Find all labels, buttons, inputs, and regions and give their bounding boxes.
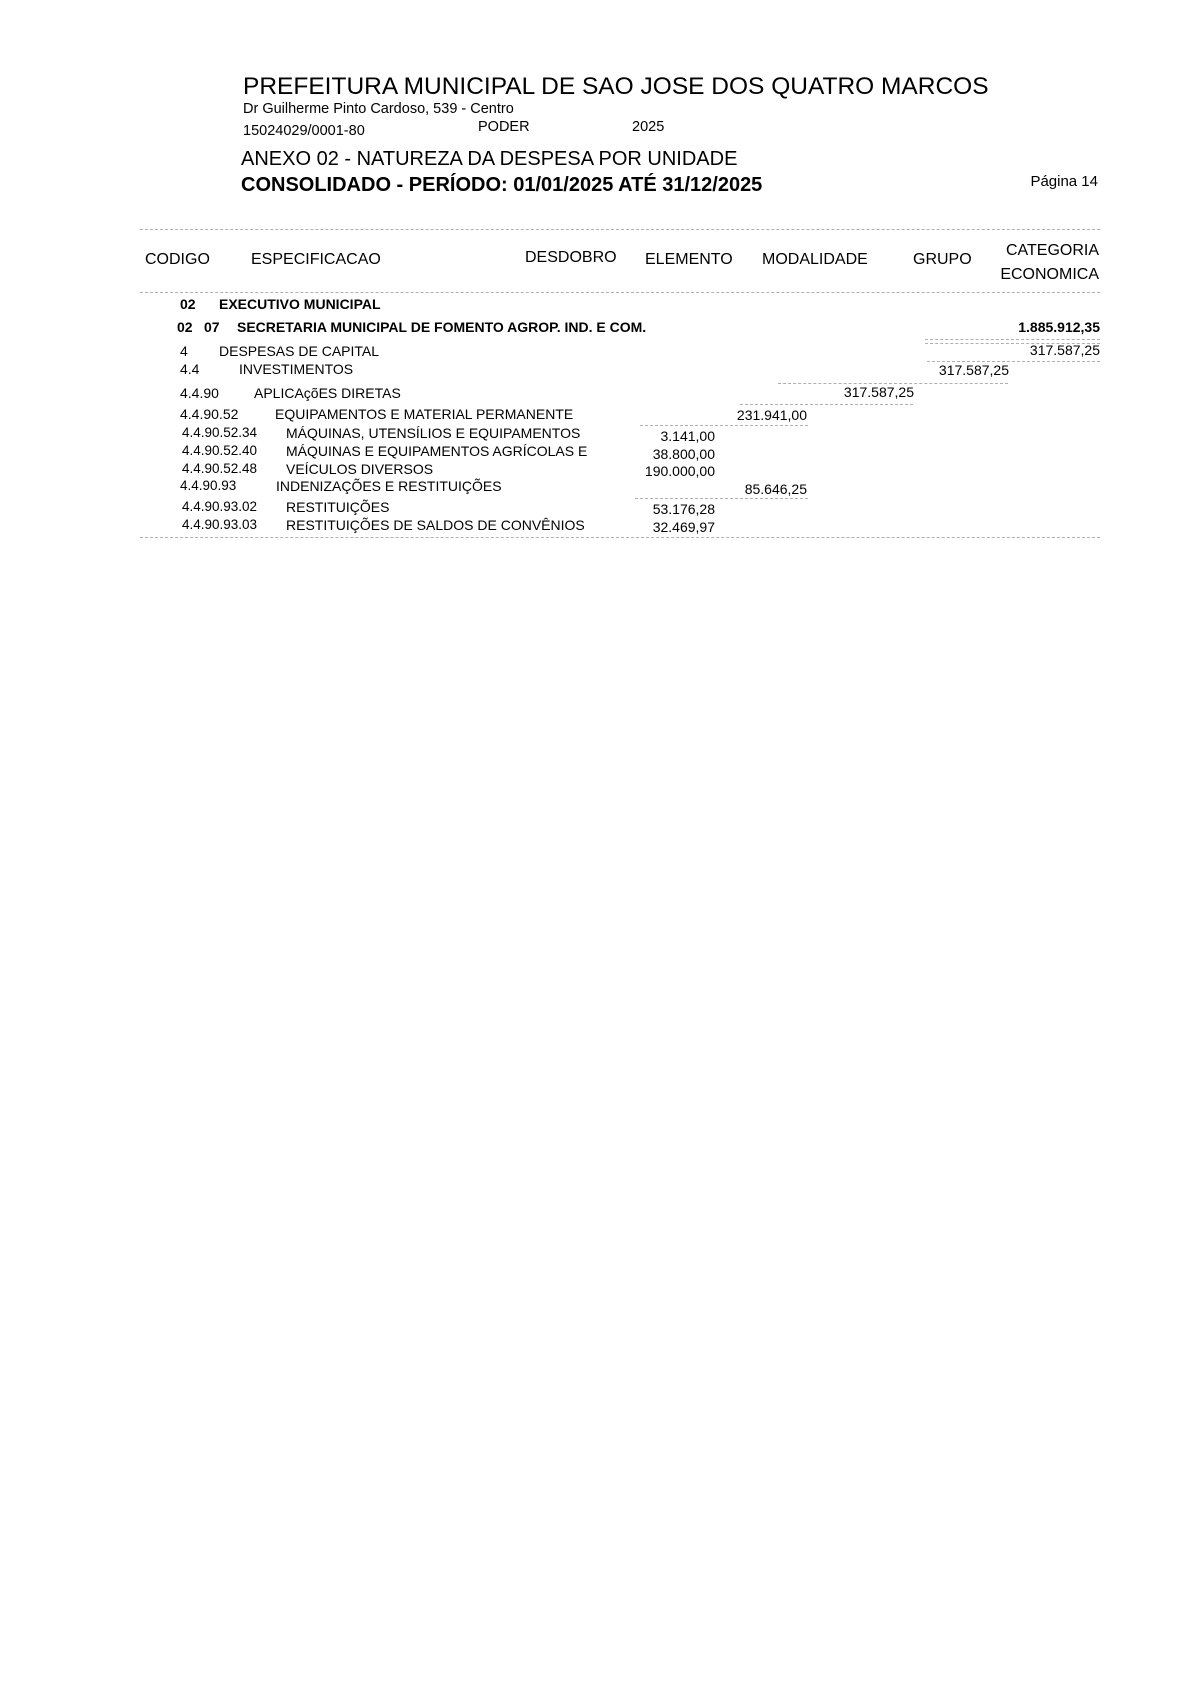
divider bbox=[140, 537, 1100, 538]
row-code: 4 bbox=[180, 343, 188, 359]
subunit-total: 1.885.912,35 bbox=[1018, 319, 1100, 335]
row-desc: INDENIZAÇÕES E RESTITUIÇÕES bbox=[276, 478, 502, 494]
row-desc: RESTITUIÇÕES DE SALDOS DE CONVÊNIOS bbox=[286, 517, 585, 533]
row-code: 4.4.90 bbox=[180, 385, 219, 401]
report-title: ANEXO 02 - NATUREZA DA DESPESA POR UNIDA… bbox=[241, 148, 737, 171]
poder-label: PODER bbox=[478, 119, 530, 135]
year-label: 2025 bbox=[632, 119, 664, 135]
col-elemento: ELEMENTO bbox=[645, 251, 733, 269]
row-desc: APLICAçõES DIRETAS bbox=[254, 385, 401, 401]
col-modalidade: MODALIDADE bbox=[762, 251, 868, 269]
row-desdobro-value: 53.176,28 bbox=[653, 501, 715, 517]
col-grupo: GRUPO bbox=[913, 251, 972, 269]
divider bbox=[640, 425, 808, 426]
entity-title: PREFEITURA MUNICIPAL DE SAO JOSE DOS QUA… bbox=[243, 73, 989, 101]
row-desdobro-value: 38.800,00 bbox=[653, 446, 715, 462]
row-code: 4.4.90.52.34 bbox=[182, 425, 257, 440]
divider bbox=[140, 229, 1100, 230]
row-desdobro-value: 190.000,00 bbox=[645, 463, 715, 479]
row-elemento-value: 231.941,00 bbox=[737, 407, 807, 423]
page-number: Página 14 bbox=[1030, 173, 1098, 190]
row-code: 4.4.90.93.02 bbox=[182, 499, 257, 514]
entity-address: Dr Guilherme Pinto Cardoso, 539 - Centro bbox=[243, 101, 514, 117]
col-categoria-line1: CATEGORIA bbox=[1006, 242, 1099, 260]
row-desc: VEÍCULOS DIVERSOS bbox=[286, 461, 433, 477]
row-code: 4.4.90.93.03 bbox=[182, 517, 257, 532]
row-desdobro-value: 32.469,97 bbox=[653, 519, 715, 535]
row-desc: MÁQUINAS E EQUIPAMENTOS AGRÍCOLAS E bbox=[286, 443, 587, 459]
row-desc: RESTITUIÇÕES bbox=[286, 499, 389, 515]
unit-name: EXECUTIVO MUNICIPAL bbox=[219, 296, 381, 312]
row-desc: INVESTIMENTOS bbox=[239, 361, 353, 377]
divider bbox=[740, 404, 913, 405]
row-code: 4.4.90.52 bbox=[180, 406, 238, 422]
col-codigo: CODIGO bbox=[145, 251, 210, 269]
row-code: 4.4.90.52.40 bbox=[182, 443, 257, 458]
report-period: CONSOLIDADO - PERÍODO: 01/01/2025 ATÉ 31… bbox=[241, 174, 762, 197]
row-code: 4.4 bbox=[180, 361, 199, 377]
row-desc: MÁQUINAS, UTENSÍLIOS E EQUIPAMENTOS bbox=[286, 425, 580, 441]
row-code: 4.4.90.93 bbox=[180, 478, 236, 493]
row-categoria-value: 317.587,25 bbox=[1030, 342, 1100, 358]
divider bbox=[635, 498, 808, 499]
row-desdobro-value: 3.141,00 bbox=[661, 428, 716, 444]
subunit-code: 02 bbox=[177, 319, 193, 335]
entity-cnpj: 15024029/0001-80 bbox=[243, 123, 365, 139]
divider bbox=[140, 292, 1100, 293]
col-categoria-line2: ECONOMICA bbox=[1000, 266, 1099, 284]
subunit-name: SECRETARIA MUNICIPAL DE FOMENTO AGROP. I… bbox=[237, 319, 646, 335]
col-desdobro: DESDOBRO bbox=[525, 249, 617, 267]
row-code: 4.4.90.52.48 bbox=[182, 461, 257, 476]
row-grupo-value: 317.587,25 bbox=[939, 362, 1009, 378]
subunit-code-2: 07 bbox=[204, 319, 220, 335]
col-especificacao: ESPECIFICACAO bbox=[251, 251, 381, 269]
unit-code: 02 bbox=[180, 296, 196, 312]
row-elemento-value: 85.646,25 bbox=[745, 481, 807, 497]
row-modalidade-value: 317.587,25 bbox=[844, 384, 914, 400]
row-desc: EQUIPAMENTOS E MATERIAL PERMANENTE bbox=[275, 406, 573, 422]
row-desc: DESPESAS DE CAPITAL bbox=[219, 343, 379, 359]
